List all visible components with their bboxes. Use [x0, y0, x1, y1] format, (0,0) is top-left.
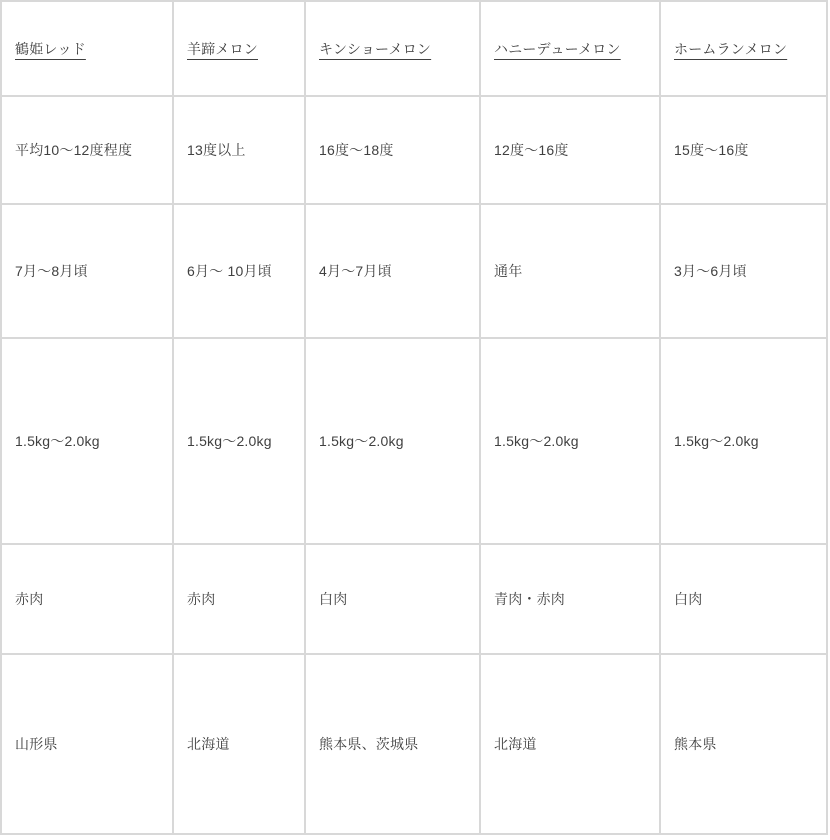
- table-cell: 1.5kg〜2.0kg: [173, 338, 305, 544]
- table-cell: 16度〜18度: [305, 96, 480, 204]
- table-cell: 13度以上: [173, 96, 305, 204]
- table-cell: 山形県: [1, 654, 173, 834]
- table-cell: 熊本県、茨城県: [305, 654, 480, 834]
- table-cell: 1.5kg〜2.0kg: [660, 338, 827, 544]
- table-cell: 赤肉: [173, 544, 305, 654]
- header-cell-tsuruhime-red: 鶴姫レッド: [1, 1, 173, 96]
- table-cell: 15度〜16度: [660, 96, 827, 204]
- header-cell-yotei-melon: 羊蹄メロン: [173, 1, 305, 96]
- table-cell: 1.5kg〜2.0kg: [1, 338, 173, 544]
- table-cell: 3月〜6月頃: [660, 204, 827, 338]
- row-season: 7月〜8月頃 6月〜 10月頃 4月〜7月頃 通年 3月〜6月頃: [1, 204, 827, 338]
- row-flesh-color: 赤肉 赤肉 白肉 青肉・赤肉 白肉: [1, 544, 827, 654]
- table-cell: 通年: [480, 204, 660, 338]
- table-cell: 白肉: [660, 544, 827, 654]
- table-cell: 白肉: [305, 544, 480, 654]
- row-production-region: 山形県 北海道 熊本県、茨城県 北海道 熊本県: [1, 654, 827, 834]
- table-cell: 1.5kg〜2.0kg: [305, 338, 480, 544]
- table-cell: 北海道: [173, 654, 305, 834]
- table-header-row: 鶴姫レッド 羊蹄メロン キンショーメロン ハニーデューメロン ホームランメロン: [1, 1, 827, 96]
- table-cell: 青肉・赤肉: [480, 544, 660, 654]
- table-cell: 7月〜8月頃: [1, 204, 173, 338]
- header-cell-kinsho-melon: キンショーメロン: [305, 1, 480, 96]
- page: 鶴姫レッド 羊蹄メロン キンショーメロン ハニーデューメロン ホームランメロン …: [0, 0, 830, 840]
- header-cell-homerun-melon: ホームランメロン: [660, 1, 827, 96]
- table-cell: 北海道: [480, 654, 660, 834]
- table-cell: 赤肉: [1, 544, 173, 654]
- table-cell: 6月〜 10月頃: [173, 204, 305, 338]
- table-cell: 平均10〜12度程度: [1, 96, 173, 204]
- table-cell: 熊本県: [660, 654, 827, 834]
- row-weight: 1.5kg〜2.0kg 1.5kg〜2.0kg 1.5kg〜2.0kg 1.5k…: [1, 338, 827, 544]
- row-sugar-content: 平均10〜12度程度 13度以上 16度〜18度 12度〜16度 15度〜16度: [1, 96, 827, 204]
- header-cell-honeydew-melon: ハニーデューメロン: [480, 1, 660, 96]
- table-cell: 1.5kg〜2.0kg: [480, 338, 660, 544]
- melon-comparison-table: 鶴姫レッド 羊蹄メロン キンショーメロン ハニーデューメロン ホームランメロン …: [0, 0, 828, 835]
- table-cell: 12度〜16度: [480, 96, 660, 204]
- table-cell: 4月〜7月頃: [305, 204, 480, 338]
